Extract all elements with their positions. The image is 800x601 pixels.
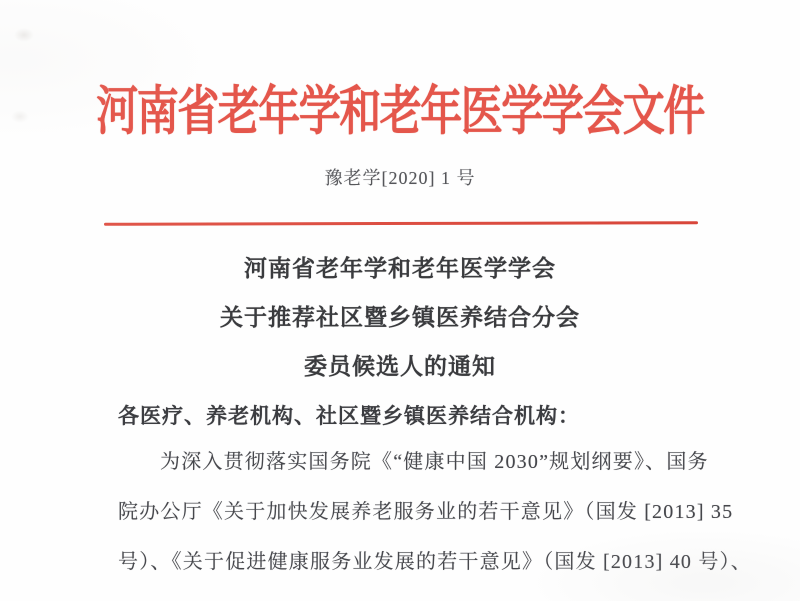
body-line-2: 院办公厅《关于加快发展养老服务业的若干意见》（国发 [2013] 35 <box>118 487 722 537</box>
notice-title-line-3: 委员候选人的通知 <box>0 342 800 391</box>
scan-artifact <box>14 28 34 42</box>
red-divider-line <box>104 221 698 226</box>
notice-title-line-2: 关于推荐社区暨乡镇医养结合分会 <box>0 293 800 342</box>
salutation-line: 各医疗、养老机构、社区暨乡镇医养结合机构： <box>118 400 720 430</box>
notice-title: 河南省老年学和老年医学学会 关于推荐社区暨乡镇医养结合分会 委员候选人的通知 <box>0 244 800 391</box>
document-page: 河南省老年学和老年医学学会文件 豫老学[2020] 1 号 河南省老年学和老年医… <box>0 0 800 601</box>
document-header: 河南省老年学和老年医学学会文件 <box>0 70 800 130</box>
body-paragraph: 为深入贯彻落实国务院《“健康中国 2030”规划纲要》、国务 院办公厅《关于加快… <box>118 437 722 587</box>
body-line-3: 号）、《关于促进健康服务业发展的若干意见》（国发 [2013] 40 号）、 <box>118 537 722 587</box>
body-line-1: 为深入贯彻落实国务院《“健康中国 2030”规划纲要》、国务 <box>118 437 722 487</box>
document-header-title: 河南省老年学和老年医学学会文件 <box>96 70 704 146</box>
notice-title-line-1: 河南省老年学和老年医学学会 <box>0 244 800 293</box>
document-number: 豫老学[2020] 1 号 <box>0 164 800 190</box>
